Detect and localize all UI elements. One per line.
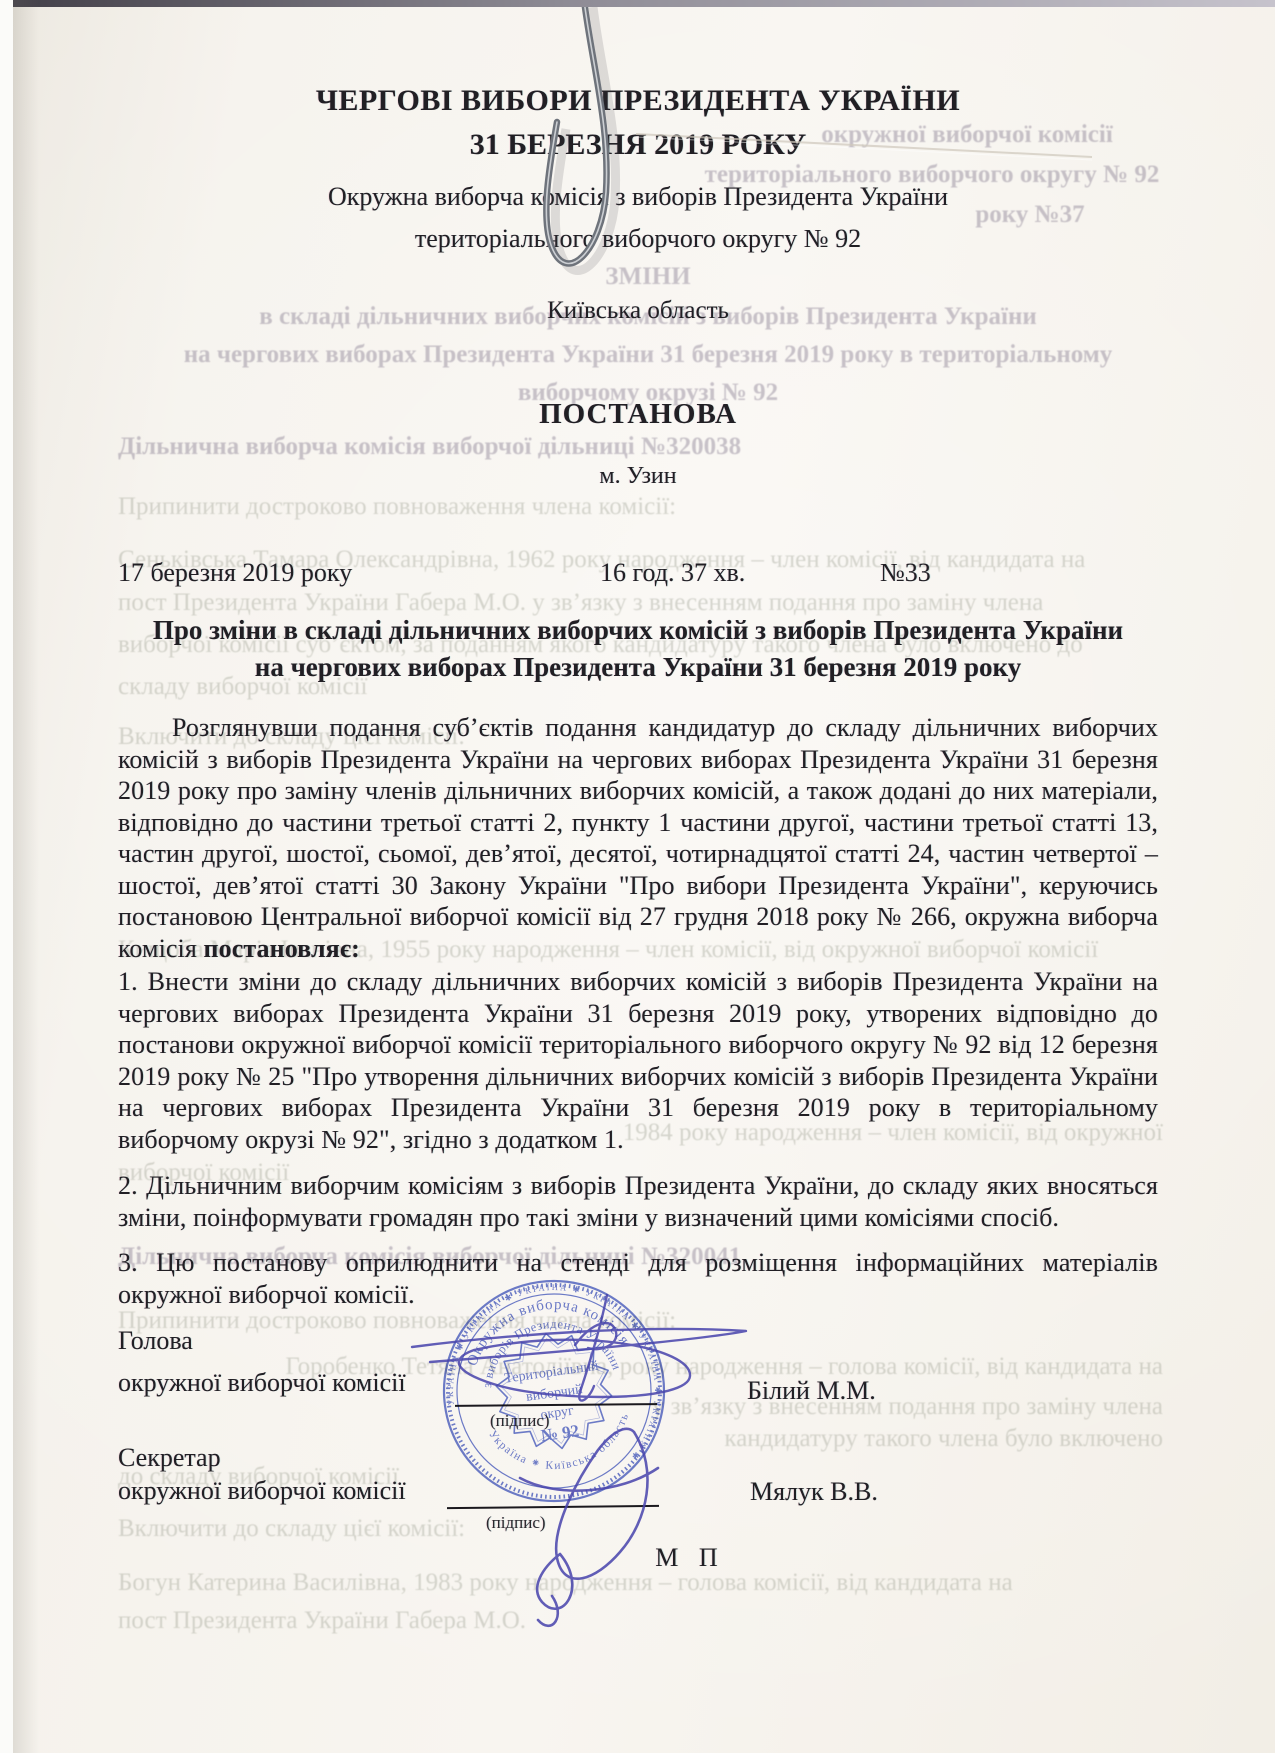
secretary-role-line1: Секретар xyxy=(118,1443,221,1473)
paragraph-item-1: 1. Внести зміни до складу дільничних виб… xyxy=(118,966,1158,1155)
chairman-role-line2: окружної виборчої комісії xyxy=(118,1368,406,1398)
scan-top-edge xyxy=(0,0,1275,7)
preamble-resolve-word: постановляє: xyxy=(204,934,360,963)
bleedthrough-line: Дільнична виборча комісія виборчої дільн… xyxy=(118,432,1158,462)
bleedthrough-line: Включити до складу цієї комісії: xyxy=(118,1514,1158,1544)
scan-left-edge xyxy=(0,0,13,1753)
commission-name-line2: територіального виборчого округу № 92 xyxy=(118,224,1158,254)
chairman-role-line1: Голова xyxy=(118,1326,193,1356)
document-time: 16 год. 37 хв. xyxy=(600,558,745,588)
region-label: Київська область xyxy=(118,297,1158,325)
seal-place-mark: М П xyxy=(600,1543,780,1573)
document-date: 17 березня 2019 року xyxy=(118,558,352,588)
commission-name-line1: Окружна виборча комісія з виборів Презид… xyxy=(118,182,1158,212)
preamble-paragraph: Розглянувши подання суб’єктів подання ка… xyxy=(118,712,1158,964)
bleedthrough-line: кандидатуру такого члена було включено xyxy=(118,1424,1163,1454)
bleedthrough-line: на чергових виборах Президента України 3… xyxy=(118,340,1178,370)
chairman-name: Білий М.М. xyxy=(747,1376,876,1406)
scanned-document: окружної виборчої комісії територіальног… xyxy=(0,0,1275,1753)
document-number: №33 xyxy=(880,558,931,588)
document-type: ПОСТАНОВА xyxy=(118,398,1158,431)
secretary-role-line2: окружної виборчої комісії xyxy=(118,1476,406,1506)
bleedthrough-line: пост Президента України Габера М.О. xyxy=(118,1606,1158,1636)
place-label: м. Узин xyxy=(118,463,1158,490)
election-title-line1: ЧЕРГОВІ ВИБОРИ ПРЕЗИДЕНТА УКРАЇНИ xyxy=(118,84,1158,118)
bleedthrough-line: Припинити достроково повноваження члена … xyxy=(118,1306,1158,1336)
scan-left-shadow xyxy=(13,0,39,1753)
signature-caption-secretary: (підпис) xyxy=(486,1513,546,1533)
paragraph-item-3: 3. Цю постанову оприлюднити на стенді дл… xyxy=(118,1247,1158,1310)
preamble-text: Розглянувши подання суб’єктів подання ка… xyxy=(118,713,1158,963)
bleedthrough-line: Припинити достроково повноваження члена … xyxy=(118,492,1158,522)
secretary-name: Мялук В.В. xyxy=(750,1477,878,1507)
election-title-line2: 31 БЕРЕЗНЯ 2019 РОКУ xyxy=(118,128,1158,162)
bleedthrough-line: ЗМІНИ xyxy=(118,262,1178,292)
signature-caption-chairman: (підпис) xyxy=(490,1411,550,1431)
paragraph-item-2: 2. Дільничним виборчим комісіям з виборі… xyxy=(118,1170,1158,1233)
resolution-subject: Про зміни в складі дільничних виборчих к… xyxy=(138,612,1138,686)
